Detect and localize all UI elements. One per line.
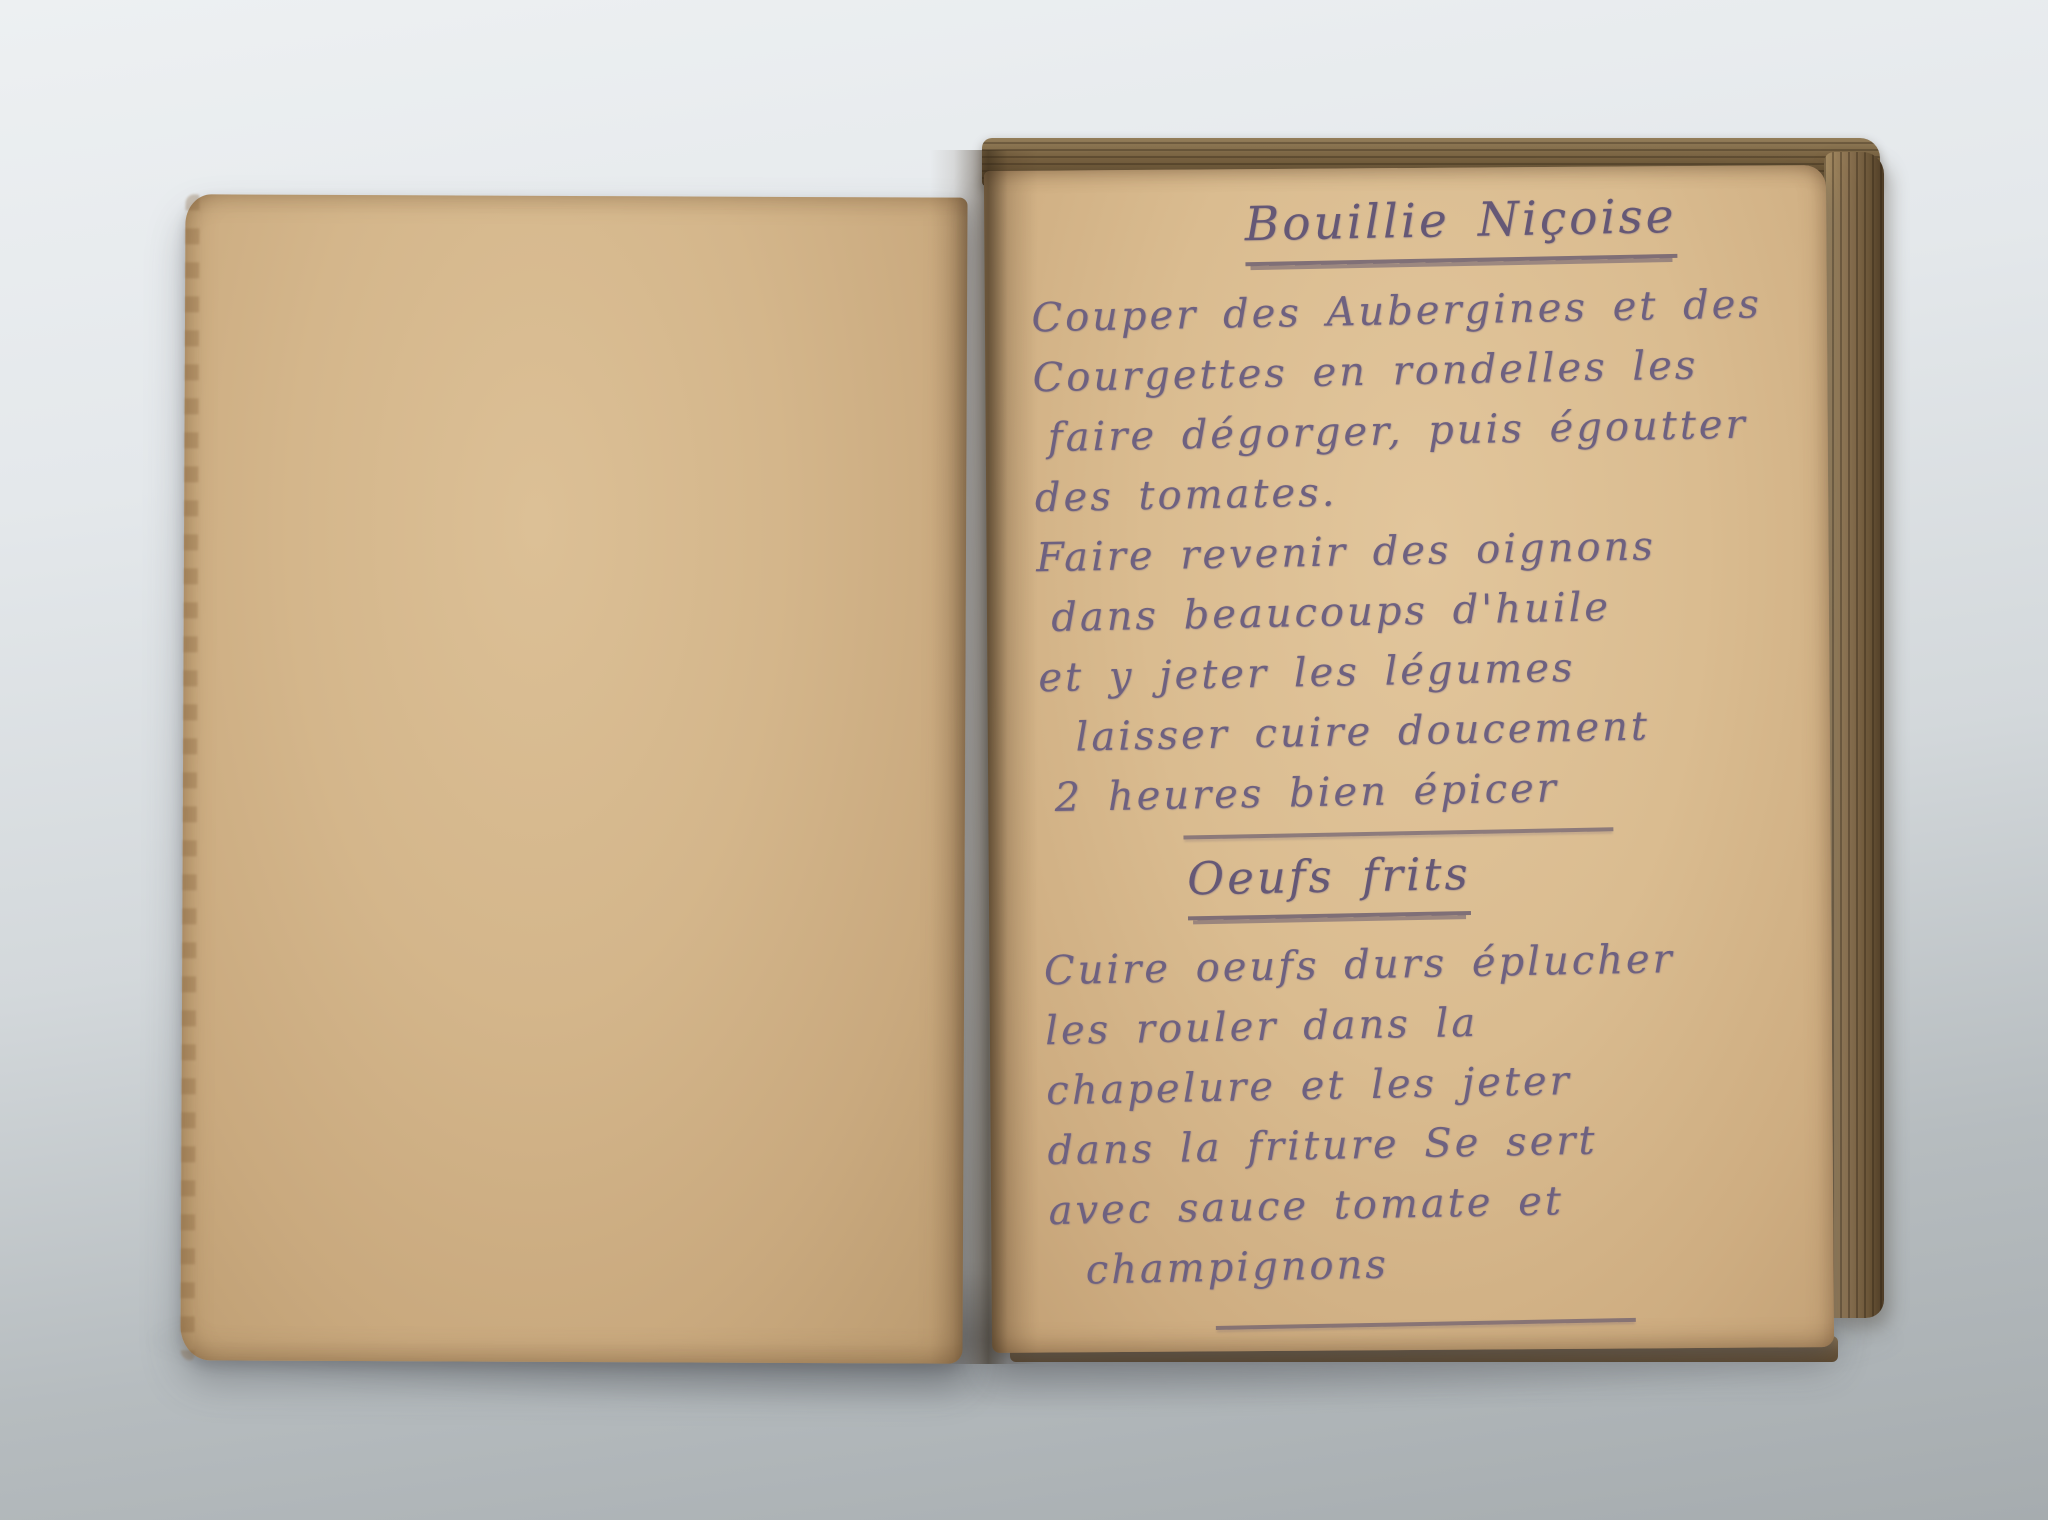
recipe-title: Oeufs frits (1187, 844, 1472, 920)
right-page: Bouillie Niçoise Couper des Aubergines e… (984, 165, 1834, 1353)
recipe-separator-rule (1183, 827, 1613, 839)
handwritten-text-block: Bouillie Niçoise Couper des Aubergines e… (1029, 185, 1815, 1333)
photo-backdrop: Bouillie Niçoise Couper des Aubergines e… (0, 0, 2048, 1520)
closing-rule (1216, 1318, 1636, 1330)
recipe-bouillie-nicoise: Bouillie Niçoise Couper des Aubergines e… (1029, 185, 1805, 829)
recipe-lines: Cuire oeufs durs éplucher les rouler dan… (1043, 927, 1814, 1302)
recipe-oeufs-frits: Oeufs frits Cuire oeufs durs éplucher le… (1042, 838, 1814, 1302)
recipe-line: champignons (1085, 1226, 1814, 1300)
recipe-lines: Couper des Aubergines et des Courgettes … (1031, 274, 1805, 829)
recipe-title: Bouillie Niçoise (1244, 187, 1677, 266)
book-gutter-shadow (930, 150, 1038, 1364)
page-stack-right-edge (1824, 152, 1884, 1318)
recipe-title-row: Oeufs frits (1042, 838, 1807, 924)
recipe-title-row: Bouillie Niçoise (1029, 185, 1794, 271)
left-page-blank (180, 194, 967, 1363)
